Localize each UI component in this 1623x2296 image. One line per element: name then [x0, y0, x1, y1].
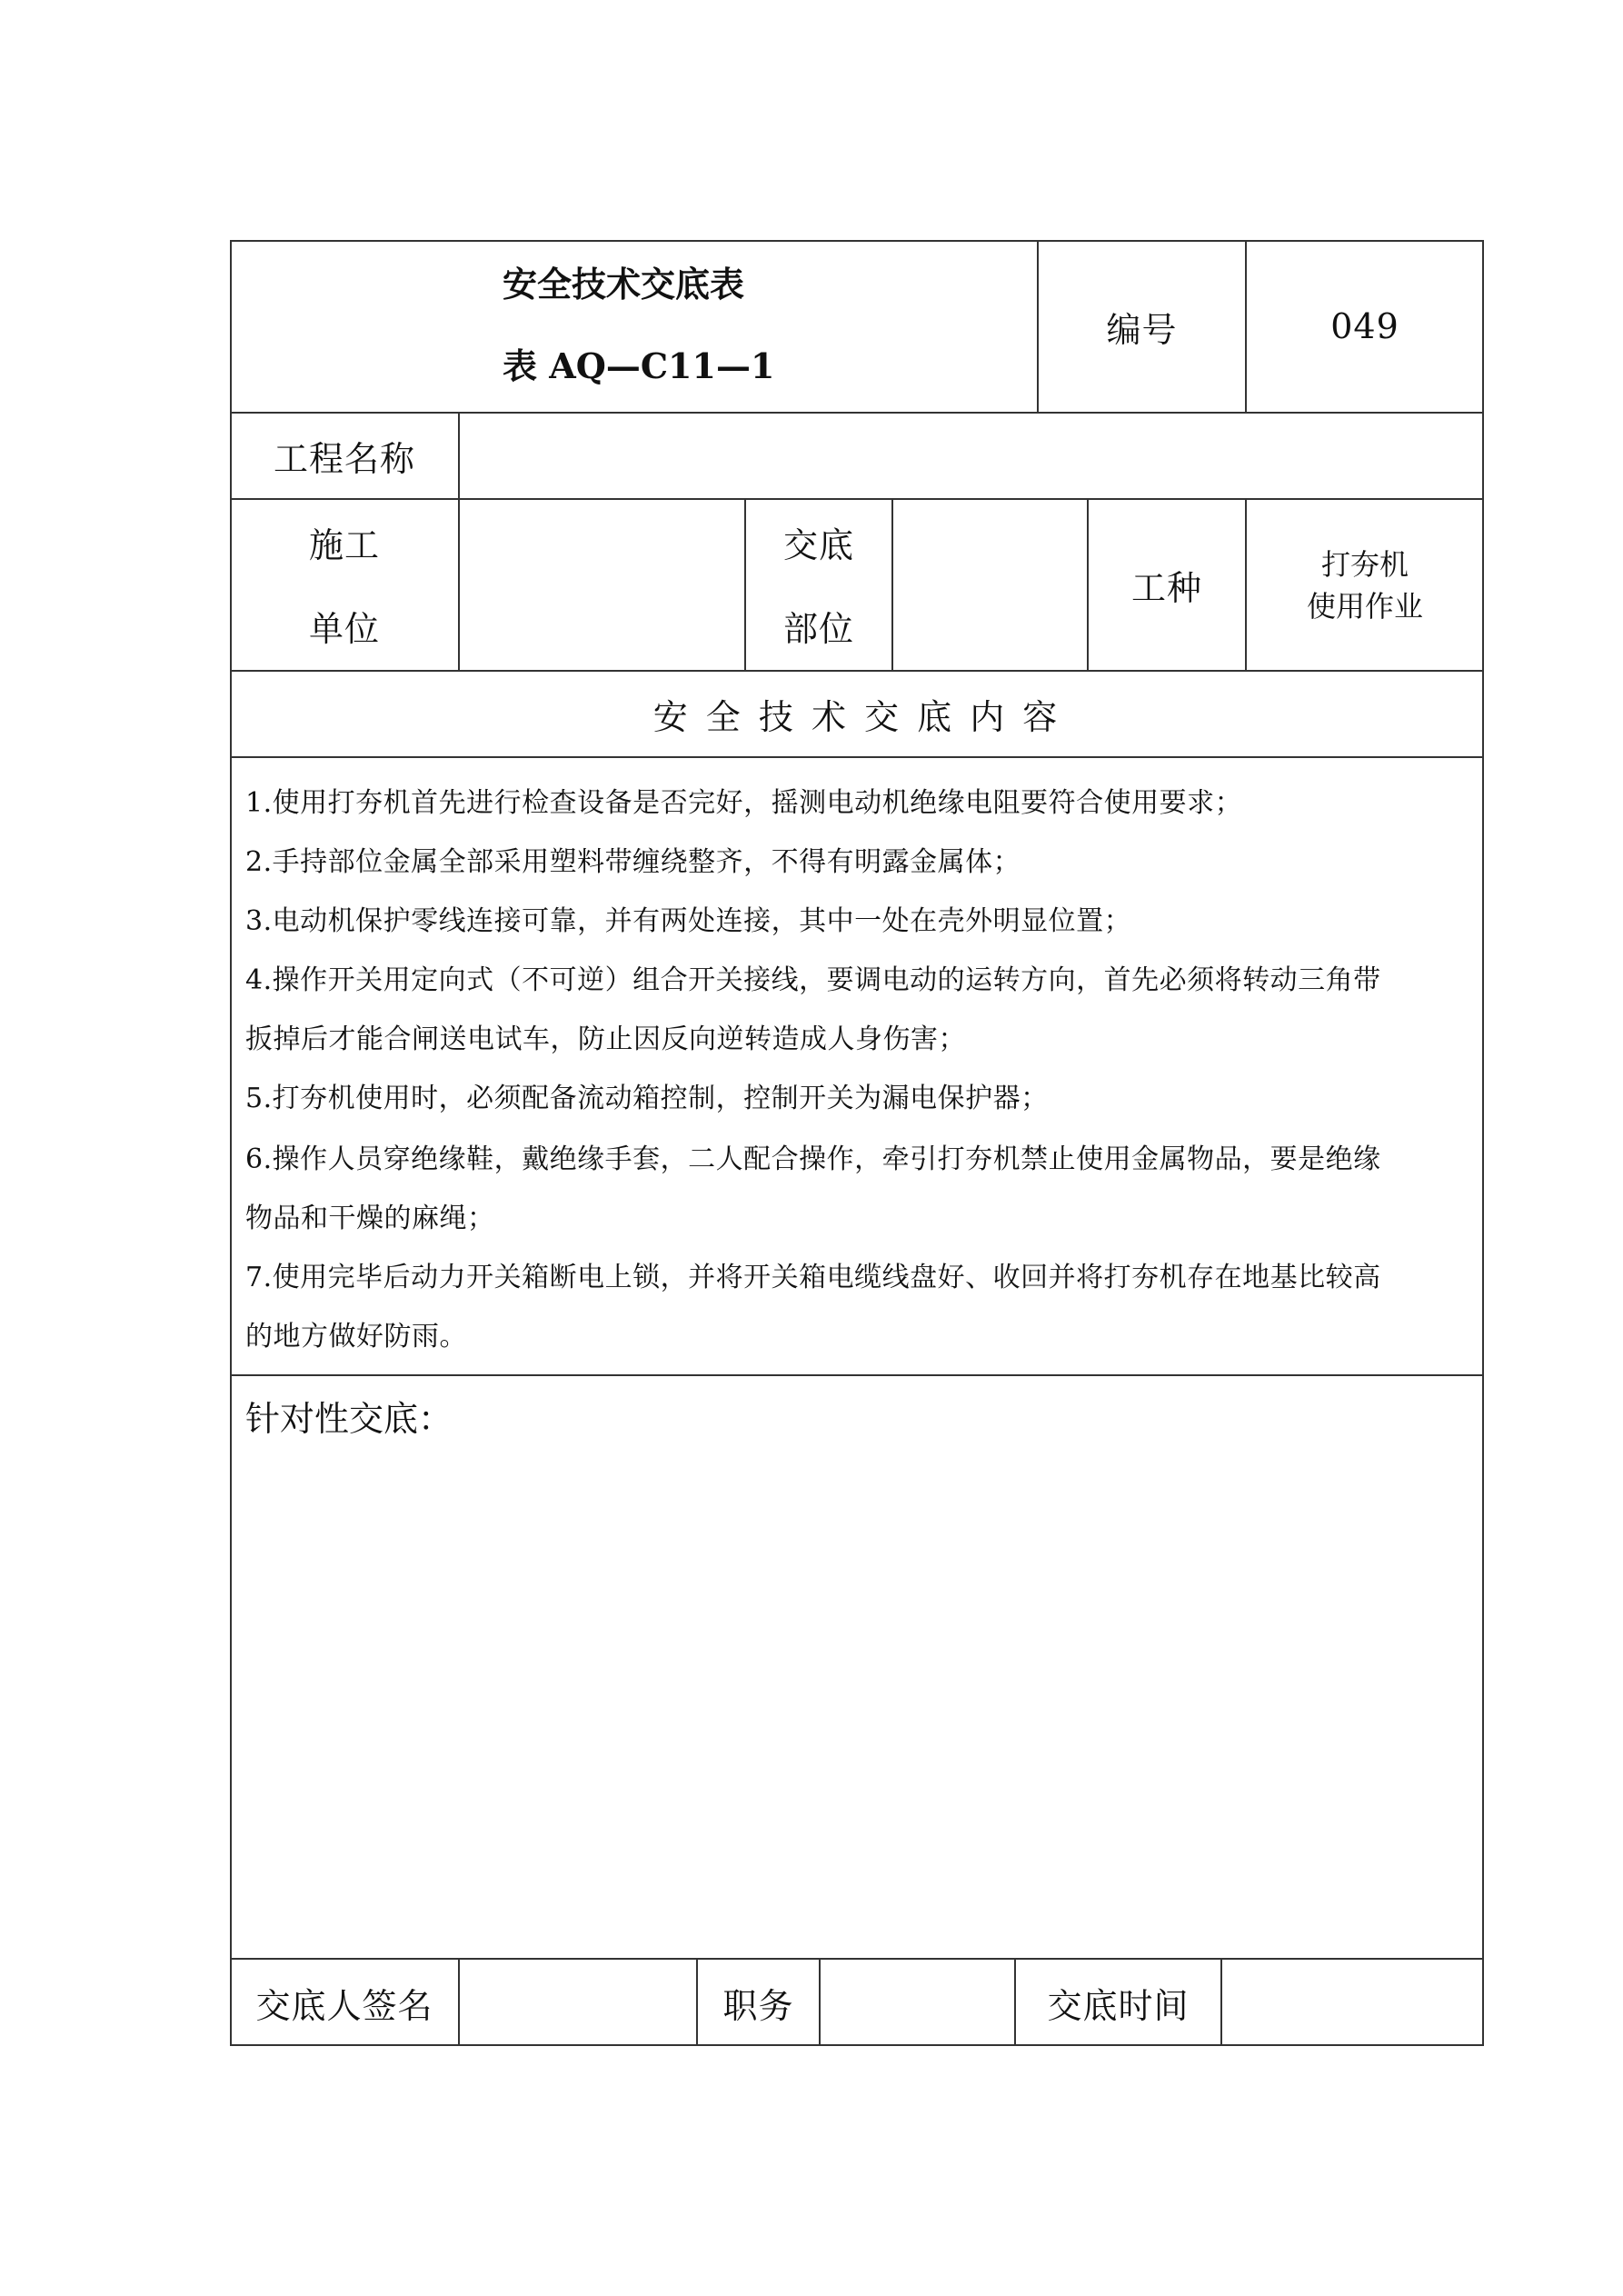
trade-value-line1: 打夯机 [1321, 544, 1409, 585]
content-section-title: 安 全 技 术 交 底 内 容 [230, 671, 1484, 757]
position-label: 职务 [697, 1959, 820, 2046]
content-line: 1.使用打夯机首先进行检查设备是否完好，摇测电动机绝缘电阻要符合使用要求； [245, 780, 1242, 820]
form-title: 安全技术交底表 [503, 256, 744, 306]
content-line: 5.打夯机使用时，必须配备流动箱控制，控制开关为漏电保护器； [245, 1075, 1049, 1115]
form-code: 表 AQ—C11—1 [503, 338, 774, 388]
signer-label: 交底人签名 [230, 1959, 459, 2046]
construction-unit-field[interactable] [459, 499, 745, 671]
content-line: 2.手持部位金属全部采用塑料带缠绕整齐，不得有明露金属体； [245, 839, 1021, 879]
position-field[interactable] [820, 1959, 1015, 2046]
project-name-label: 工程名称 [230, 413, 459, 499]
briefing-time-label: 交底时间 [1015, 1959, 1221, 2046]
signer-field[interactable] [459, 1959, 697, 2046]
construction-unit-label: 施工 单位 [230, 499, 459, 671]
briefing-part-field[interactable] [892, 499, 1088, 671]
briefing-time-field[interactable] [1221, 1959, 1484, 2046]
header-title-cell: 安全技术交底表 表 AQ—C11—1 [230, 240, 1038, 413]
content-line: 6.操作人员穿绝缘鞋，戴绝缘手套，二人配合操作，牵引打夯机禁止使用金属物品，要是… [245, 1136, 1381, 1176]
document-page: 安全技术交底表 表 AQ—C11—1 编号 049 工程名称 施工 单位 交底 … [0, 0, 1623, 2296]
content-line: 4.操作开关用定向式（不可逆）组合开关接线，要调电动的运转方向，首先必须将转动三… [245, 957, 1381, 997]
unit-label-line1: 施工 [230, 517, 459, 567]
row-divider [230, 1374, 1484, 1376]
trade-label: 工种 [1088, 499, 1246, 671]
content-line: 物品和干燥的麻绳； [245, 1195, 495, 1235]
content-line: 3.电动机保护零线连接可靠，并有两处连接，其中一处在壳外明显位置； [245, 898, 1131, 938]
project-name-field[interactable] [459, 413, 1484, 499]
targeted-briefing-label: 针对性交底： [245, 1391, 453, 1441]
content-line: 的地方做好防雨。 [245, 1313, 467, 1353]
trade-value[interactable]: 打夯机 使用作业 [1246, 499, 1484, 671]
trade-value-line2: 使用作业 [1307, 585, 1423, 627]
unit-label-line2: 单位 [230, 601, 459, 651]
content-line: 7.使用完毕后动力开关箱断电上锁，并将开关箱电缆线盘好、收回并将打夯机存在地基比… [245, 1254, 1381, 1294]
part-label-line2: 部位 [745, 601, 892, 651]
number-label: 编号 [1038, 240, 1246, 413]
number-value[interactable]: 049 [1246, 240, 1484, 413]
part-label-line1: 交底 [745, 517, 892, 567]
targeted-briefing-field[interactable] [232, 1445, 1482, 1954]
briefing-part-label: 交底 部位 [745, 499, 892, 671]
content-line: 扳掉后才能合闸送电试车，防止因反向逆转造成人身伤害； [245, 1016, 966, 1056]
